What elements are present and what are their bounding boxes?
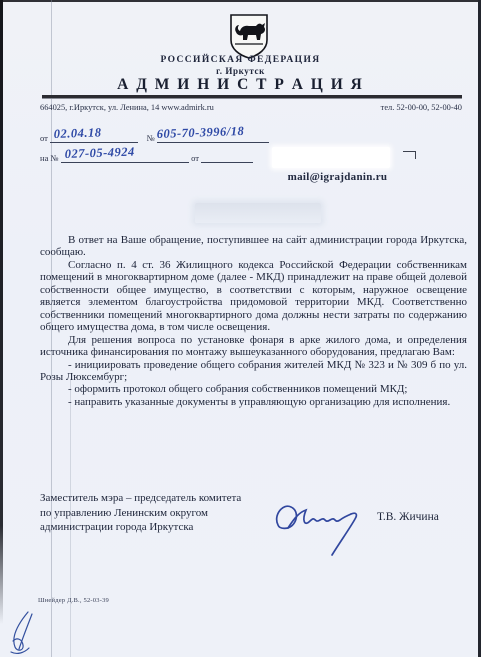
signature-autograph-icon: [270, 497, 370, 559]
header-organization-title: А Д М И Н И С Т Р А Ц И Я: [0, 76, 481, 94]
signatory-name: Т.В. Жичина: [377, 511, 439, 523]
incoming-number-handwritten: 027-05-4924: [64, 145, 135, 162]
incoming-date-label: от: [191, 153, 199, 163]
scan-edge-left: [0, 0, 3, 657]
header-divider-rule: [42, 95, 462, 99]
header-city: г. Иркутск: [0, 66, 481, 76]
signatory-position: Заместитель мэра – председатель комитета…: [40, 491, 241, 535]
outgoing-number-handwritten: 605-70-3996/18: [157, 124, 245, 142]
outgoing-date-field: 02.04.18: [50, 132, 138, 143]
signatory-position-line: администрации города Иркутска: [40, 520, 241, 535]
corner-crop-mark: [403, 151, 416, 159]
scanned-letter-page: РОССИЙСКАЯ ФЕДЕРАЦИЯ г. Иркутск А Д М И …: [0, 0, 481, 657]
body-list-item: - направить указанные документы в управл…: [40, 396, 467, 408]
letter-body: В ответ на Ваше обращение, поступившее н…: [40, 234, 467, 408]
pen-mark-doodle-icon: [3, 608, 45, 656]
redaction-block-white: [272, 147, 390, 168]
body-paragraph: В ответ на Ваше обращение, поступившее н…: [40, 234, 467, 259]
body-list-item: - оформить протокол общего собрания собс…: [40, 383, 467, 395]
incoming-number-field: 027-05-4924: [61, 152, 189, 163]
header-phone: тел. 52-00-00, 52-00-40: [381, 103, 462, 112]
incoming-date-field-empty: [201, 152, 253, 163]
executor-contact: Шнейдер Д.В., 52-03-39: [38, 597, 109, 604]
body-list-item: - инициировать проведение общего собрани…: [40, 359, 467, 384]
header-country: РОССИЙСКАЯ ФЕДЕРАЦИЯ: [0, 55, 481, 65]
header-address: 664025, г.Иркутск, ул. Ленина, 14 www.ad…: [40, 103, 214, 112]
recipient-email: mail@igrajdanin.ru: [250, 171, 425, 183]
body-paragraph: Для решения вопроса по установке фонаря …: [40, 334, 467, 359]
scan-edge-top: [0, 0, 481, 2]
incoming-reference-line: на № 027-05-4924 от: [40, 152, 253, 163]
outgoing-date-handwritten: 02.04.18: [54, 125, 102, 142]
body-paragraph: Согласно п. 4 ст. 36 Жилищного кодекса Р…: [40, 259, 467, 334]
redaction-block-gray: [195, 203, 321, 223]
incoming-number-label: на №: [40, 153, 59, 163]
irkutsk-coat-of-arms-icon: [227, 12, 271, 60]
outgoing-number-label: №: [147, 133, 155, 143]
signatory-position-line: Заместитель мэра – председатель комитета: [40, 491, 241, 506]
outgoing-date-label: от: [40, 133, 48, 143]
outgoing-number-field: 605-70-3996/18: [157, 132, 269, 143]
signatory-position-line: по управлению Ленинским округом: [40, 506, 241, 521]
outgoing-reference-line: от 02.04.18 № 605-70-3996/18: [40, 132, 269, 143]
